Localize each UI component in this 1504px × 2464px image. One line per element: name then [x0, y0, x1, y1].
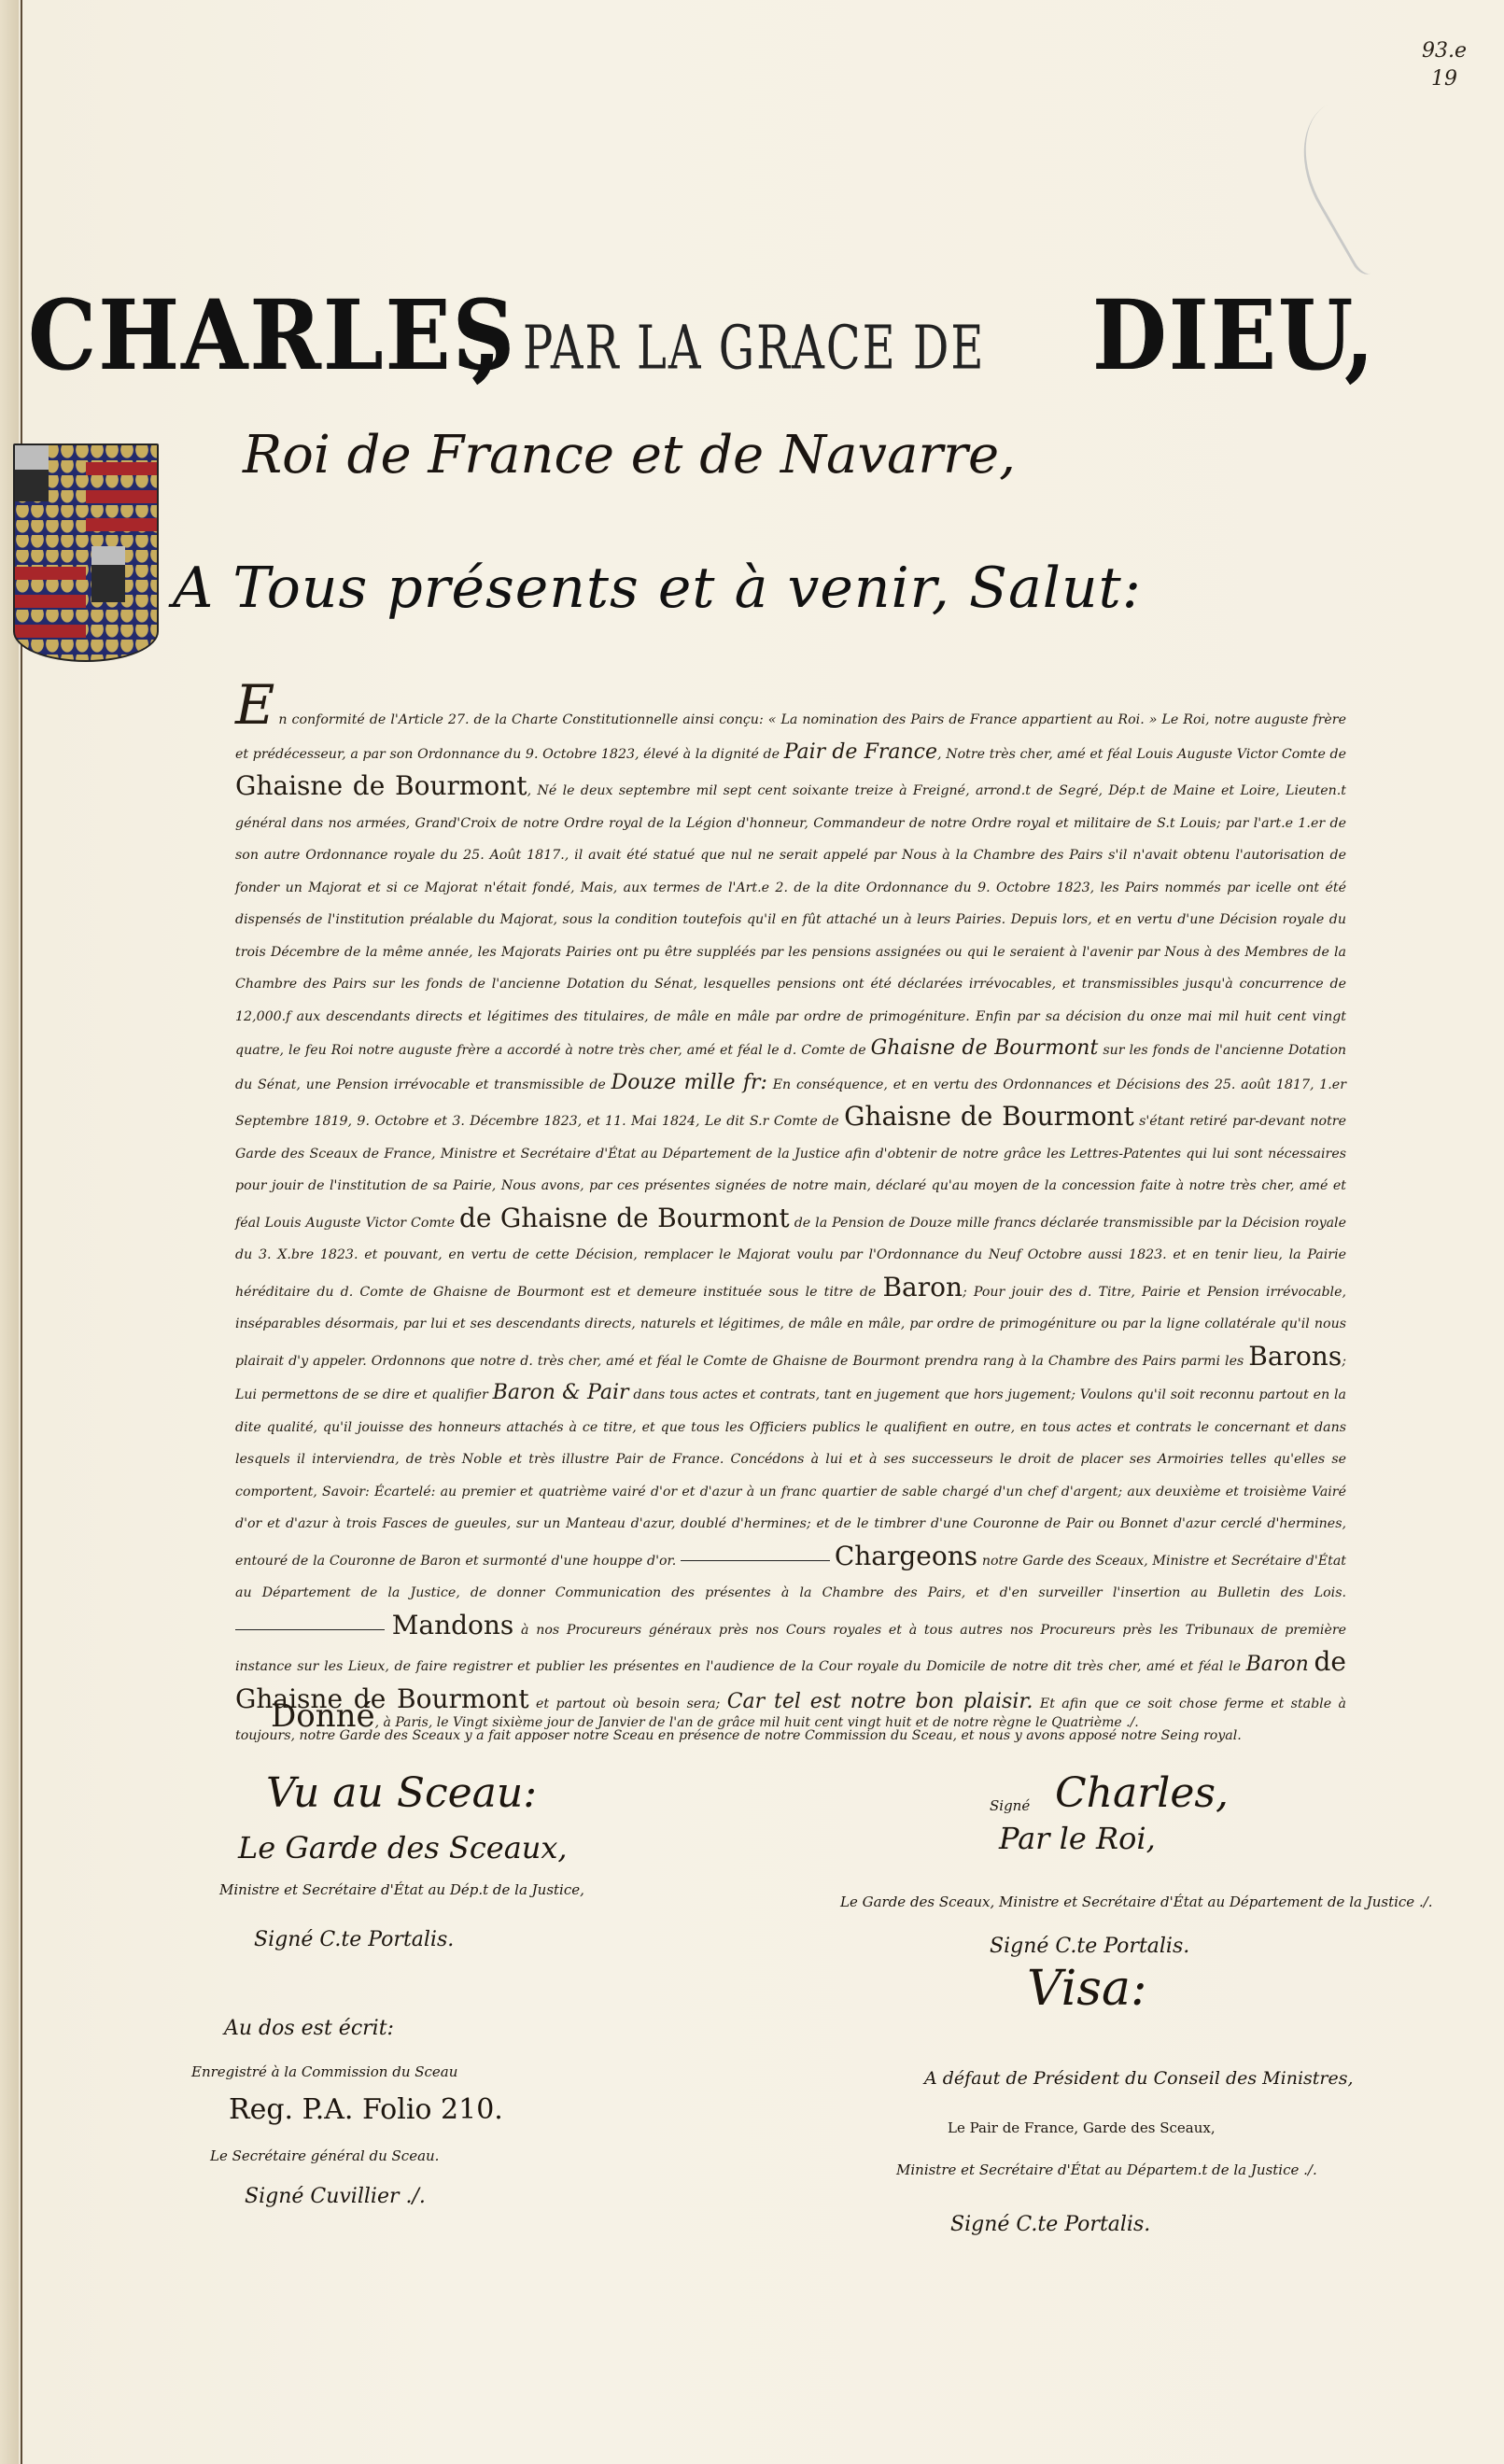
signature-portalis: Signé C.te Portalis.	[950, 2213, 1150, 2236]
register-folio: Reg. P.A. Folio 210.	[229, 2093, 503, 2126]
name-de-ghaisne-de-bourmont: de Ghaisne de Bourmont	[459, 1203, 790, 1233]
secretaire-general: Le Secrétaire général du Sceau.	[210, 2147, 439, 2164]
title-pair-de-france: Pair de France	[784, 740, 937, 764]
pension-amount: Douze mille fr:	[611, 1071, 767, 1094]
folio-page-number: 19	[1422, 65, 1467, 93]
keyword-mandons: Mandons	[392, 1610, 514, 1640]
keyword-chargeons: Chargeons	[835, 1541, 977, 1571]
keyword-donne: Donné	[271, 1697, 375, 1735]
signature-cuvillier: Signé Cuvillier ./.	[245, 2185, 426, 2208]
heading-dieu: DIEU	[1092, 279, 1355, 392]
signature-portalis: Signé C.te Portalis.	[254, 1928, 454, 1951]
heading-par-la-grace: PAR LA GRACE DE	[523, 313, 985, 384]
title-baron: Baron	[1246, 1653, 1309, 1676]
heading-comma: ,	[1344, 279, 1376, 392]
garde-line: Le Garde des Sceaux, Ministre et Secréta…	[840, 1894, 1433, 1910]
page-edge	[0, 0, 19, 2464]
title-barons: Barons	[1248, 1341, 1342, 1372]
au-dos-est-ecrit: Au dos est écrit:	[224, 2017, 394, 2040]
pair-de-france-line: Le Pair de France, Garde des Sceaux,	[948, 2119, 1216, 2136]
letters-patent-body: En conformité de l'Article 27. de la Cha…	[235, 696, 1346, 1753]
signe-label: Signé	[990, 1797, 1030, 1814]
folio-number: 93.e 19	[1422, 37, 1467, 93]
vu-au-sceau: Vu au Sceau:	[266, 1769, 537, 1817]
name-ghaisne-de-bourmont: Ghaisne de Bourmont	[235, 770, 527, 801]
divider-rule	[235, 1629, 385, 1630]
ministre-line: Ministre et Secrétaire d'État au Dép.t d…	[219, 1881, 584, 1898]
title-baron: Baron	[882, 1272, 963, 1302]
drop-cap: E	[235, 673, 274, 737]
folio-label: 93.e	[1422, 37, 1467, 65]
heading-charles: CHARLES	[28, 279, 516, 392]
coat-of-arms-icon	[13, 444, 159, 662]
title-baron-pair: Baron & Pair	[493, 1381, 629, 1404]
salutation: A Tous présents et à venir, Salut:	[173, 556, 1142, 621]
signature-portalis: Signé C.te Portalis.	[990, 1935, 1189, 1958]
name-ghaisne-de-bourmont: Ghaisne de Bourmont	[844, 1101, 1134, 1132]
visa-heading: Visa:	[1027, 1961, 1146, 2017]
ministre-line: Ministre et Secrétaire d'État au Départe…	[896, 2161, 1317, 2178]
enregistre-line: Enregistré à la Commission du Sceau	[191, 2063, 457, 2080]
a-defaut-line: A défaut de Président du Conseil des Min…	[924, 2068, 1354, 2089]
garde-des-sceaux: Le Garde des Sceaux,	[238, 1830, 568, 1866]
heading-comma: ,	[471, 279, 503, 392]
par-le-roi: Par le Roi,	[999, 1821, 1156, 1856]
king-title: Roi de France et de Navarre,	[243, 425, 1016, 486]
divider-rule	[681, 1560, 830, 1561]
signature-charles: Charles,	[1055, 1769, 1229, 1817]
name-ghaisne-de-bourmont: Ghaisne de Bourmont	[871, 1036, 1099, 1060]
dating-clause: Donné, à Paris, le Vingt sixième jour de…	[271, 1697, 1139, 1735]
